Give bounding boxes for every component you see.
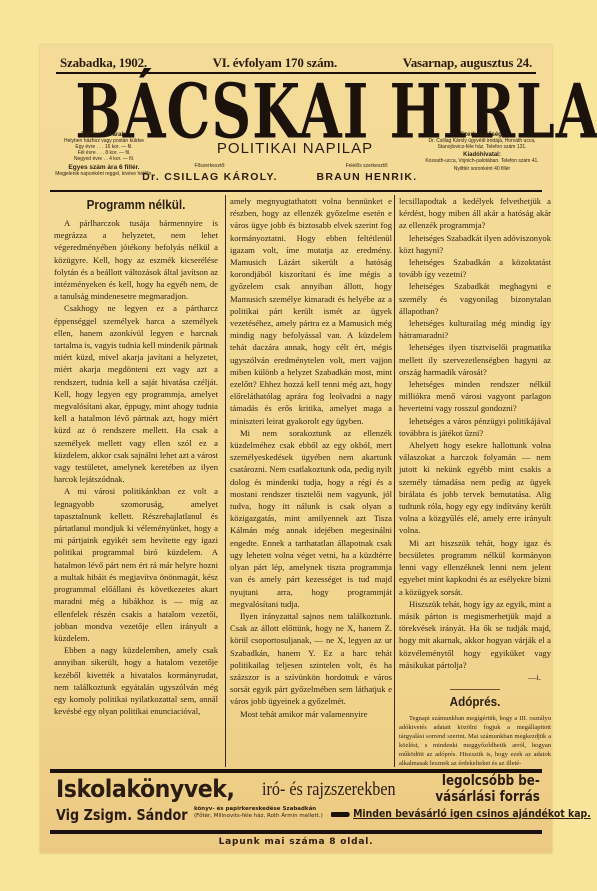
article-paragraph: lehetséges a város pénzügyi politikájáva… [399,415,551,439]
article-paragraph: Mi azt hiszszük tehát, hogy igaz és becs… [399,537,551,598]
shop-info: könyv- és papirkereskedése Szabadkán (Fő… [194,806,323,820]
news-body: Tegnapi számunkban megígértük, hogy a II… [399,714,551,767]
article-signature: —i. [399,671,551,683]
column-1: Programm nélkül. A párlharczok tusája bá… [54,195,218,767]
ad-rate: Nyilttér soronként 40 fillér [422,166,542,172]
gift-offer-text: Minden bevásárló igen csinos ajándékot k… [353,807,591,820]
article-paragraph: amely megnyugtathatott volna bennünket e… [230,195,392,427]
chief-editor-role: Főszerkesztő: [135,163,285,169]
article-paragraph: lehetséges ilyen tisztviselői pragmatika… [399,341,551,378]
advert-headline: Iskolakönyvek, [56,775,234,803]
newspaper-page: Szabadka, 1902. VI. évfolyam 170 szám. V… [40,45,552,853]
section-divider [450,689,500,690]
masthead-subtitle: POLITIKAI NAPILAP [170,140,420,157]
article-paragraph: Ahelyett hogy esekre hallottunk volna vá… [399,439,551,537]
article-paragraph: Ebben a nagy küzdelemben, amely csak ann… [54,644,218,717]
chief-editor: Főszerkesztő: Dr. CSILLAG KÁROLY. [135,163,285,183]
advert-headline-row: Iskolakönyvek, [56,775,250,803]
article-paragraph: lecsillapodtak a kedélyek felvethetjük a… [399,195,551,232]
page-count-note: Lapunk mai száma 8 oldal. [40,837,552,847]
responsible-editor-name: BRAUN HENRIK. [302,171,432,183]
responsible-editor: Felelős szerkesztő: BRAUN HENRIK. [302,163,432,183]
chief-editor-name: Dr. CSILLAG KÁROLY. [135,171,285,183]
article-paragraph: Mi nem sorakoztunk az ellenzék küzdelméh… [230,427,392,610]
subscription-row: Negyed évre . . 4 kor. — fil. [48,156,160,162]
gift-offer: Minden bevásárló igen csinos ajándékot k… [331,807,591,820]
header-divider [50,190,542,192]
pointing-hand-icon [331,812,350,817]
article-paragraph: lehetséges minden rendszer nélkül millió… [399,378,551,415]
article-paragraph: Csakhogy ne legyen ez a pártharcz éppens… [54,302,218,485]
publisher-address: Kossuth-ucca, Vojnich-palotában. Telefon… [422,158,542,164]
column-3: lecsillapodtak a kedélyek felvethetjük a… [394,195,551,767]
article-paragraph: lehetséges kulturailag még mindig így há… [399,317,551,341]
merchant-name: Vig Zsigm. Sándor [56,806,188,824]
advert-tagline-1: legolcsóbb be- [436,773,540,789]
article-title: Programm nélkül. [62,195,210,215]
footer-divider [50,830,542,834]
article-paragraph: A párlharczok tusája bármennyire is megr… [54,217,218,302]
article-paragraph: lehetséges Szabadkát meghagyni e személy… [399,280,551,317]
shop-address: (Főtér, Milinovits-féle ház, Roth Ármin … [194,813,323,820]
advert-tagline-2: vásárlási forrás [436,789,540,805]
advert-headline-2: iró- és rajzszerekben [262,779,396,801]
article-paragraph: A mi városi politikánkban ez volt a legn… [54,485,218,644]
editorial-address: Dr. Csillag Károly ügyvédi irodája, Horv… [422,138,542,150]
responsible-editor-role: Felelős szerkesztő: [302,163,432,169]
news-title: Adóprés. [407,692,544,712]
advert-tagline: legolcsóbb be- vásárlási forrás [436,773,540,805]
editorial-office-box: Szerkesztőség: Dr. Csillag Károly ügyvéd… [422,130,542,172]
article-paragraph: lehetséges Szabadkát ilyen adóviszonyok … [399,232,551,256]
column-2: amely megnyugtathatott volna bennünket e… [225,195,392,767]
article-paragraph: Ilyen irányzattal sajnos nem találkoztun… [230,610,392,708]
article-paragraph: Hiszszük tehát, hogy így az egyik, mint … [399,598,551,671]
shop-type: könyv- és papirkereskedése Szabadkán [194,806,323,813]
article-paragraph: Most tehát amikor már valamennyire [230,708,392,720]
advertisement: Iskolakönyvek, iró- és rajzszerekben leg… [52,775,540,835]
advert-merchant-row: Vig Zsigm. Sándor könyv- és papirkereske… [56,805,211,824]
article-paragraph: lehetséges Szabadkán a közoktatást továb… [399,256,551,280]
